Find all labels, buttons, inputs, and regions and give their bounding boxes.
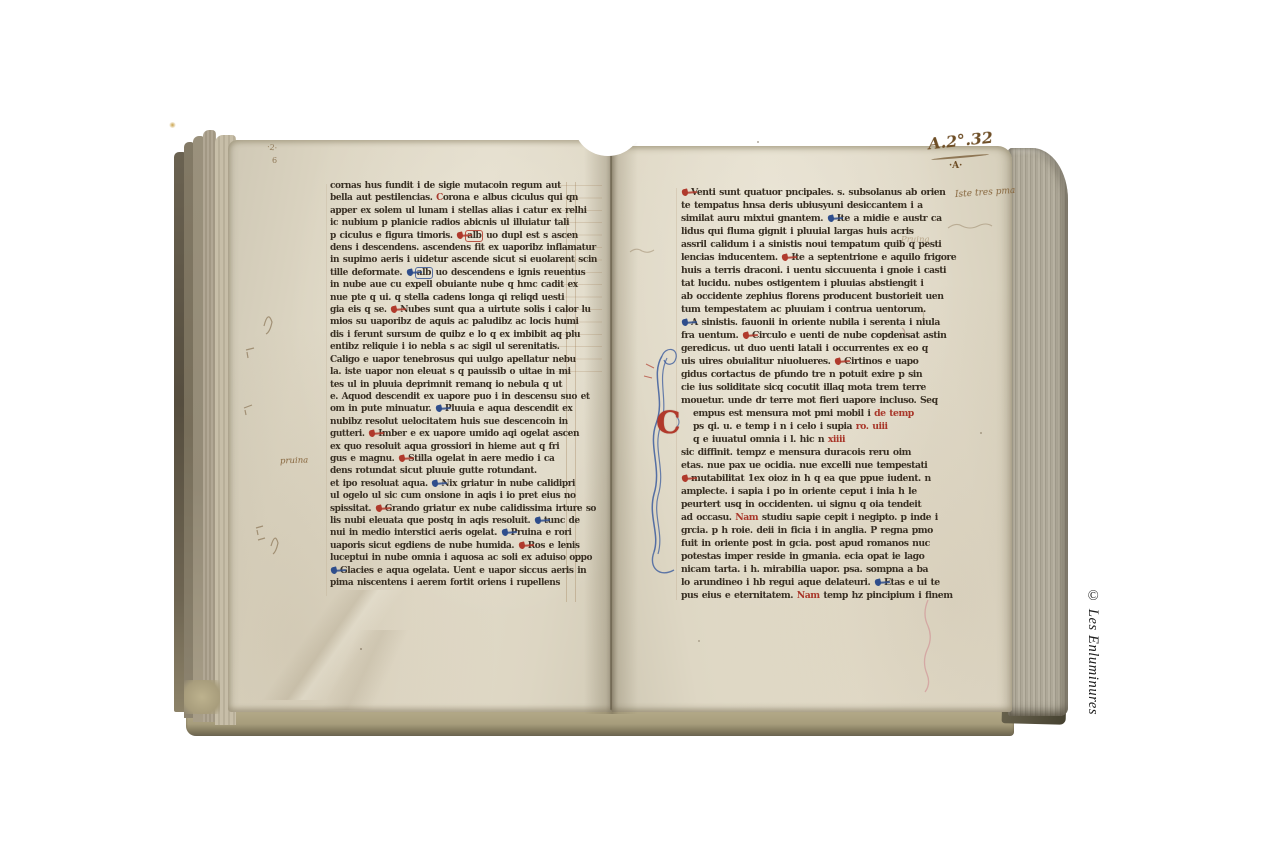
text-segment: geredicus. ut duo uenti latali i occurre… xyxy=(681,343,928,354)
manuscript-text-line: cie ius soliditate sicq cocutit illaq mo… xyxy=(681,381,943,394)
red-paraph-mark xyxy=(456,231,464,239)
manuscript-text-line: mouetur. unde dr terre mot fieri uapore … xyxy=(681,394,943,407)
text-segment: Etas e ui te xyxy=(884,577,940,588)
text-segment: in nube aue cu expell obuiante nube q hm… xyxy=(330,280,578,290)
folio-mark: 6 xyxy=(272,156,277,165)
blue-paraph-mark xyxy=(406,268,414,276)
text-segment: ex quo resoluit aqua grossiori in hieme … xyxy=(330,442,559,452)
manuscript-text-line: p ciculus e figura timoris. alb uo dupl … xyxy=(330,230,572,242)
text-segment: pima niscentens i aerem fortit oriens i … xyxy=(330,578,560,588)
text-segment: de temp xyxy=(874,408,914,419)
manuscript-text-line: et ipo resoluat aqua. Nix griatur in nub… xyxy=(330,478,572,490)
text-segment: Nix griatur in nube calidipri xyxy=(441,479,575,489)
red-paraph-mark xyxy=(369,430,377,438)
gutter-top-notch xyxy=(574,92,642,156)
blue-paraph-mark xyxy=(501,529,509,537)
text-segment: Venti sunt quatuor pncipales. s. subsola… xyxy=(691,187,945,198)
text-segment: temp hz pincipium i finem xyxy=(820,590,953,601)
text-segment: huis a terris draconi. i uentu siccuuent… xyxy=(681,265,946,276)
text-segment: mios su uaporibz de aquis ac paludibz ac… xyxy=(330,317,579,327)
manuscript-text-line: gia eis q se. Nubes sunt qua a uirtute s… xyxy=(330,304,572,316)
text-segment: Cirtinos e uapo xyxy=(844,356,918,367)
text-segment: lo arundineo i hb regui aque delateuri. xyxy=(681,577,874,588)
manuscript-text-line: e. Aquod descendit ex uapore puo i in de… xyxy=(330,391,572,403)
manuscript-text-line: mios su uaporibz de aquis ac paludibz ac… xyxy=(330,316,572,328)
gutter-crease xyxy=(610,150,612,710)
text-segment: nicam tarta. i h. mirabilia uapor. psa. … xyxy=(681,564,928,575)
text-segment: Caligo e uapor tenebrosus qui uulgo apel… xyxy=(330,355,576,365)
text-segment: potestas imper reside in gmania. ecia op… xyxy=(681,551,924,562)
text-segment: Imber e ex uapore umido aqi ogelat ascen xyxy=(378,429,579,439)
text-segment: gutteri. xyxy=(330,429,368,439)
text-segment: Pruina e rori xyxy=(511,528,572,538)
text-segment: la. iste uapor non eleuat s q pauissib o… xyxy=(330,367,571,377)
text-segment: uaporis sicut egdiens de nube humida. xyxy=(330,541,518,551)
manuscript-text-line: dens rotundat sicut pluuie gutte rotunda… xyxy=(330,465,572,477)
text-segment: Circulo e uenti de nube copdensat astin xyxy=(752,330,946,341)
text-segment: sic diffinit. tempz e mensura duracois r… xyxy=(681,447,911,458)
manuscript-text-line: tille deformate. alb uo descendens e ign… xyxy=(330,267,572,279)
manuscript-text-line: amplecte. i sapia i po in oriente ceput … xyxy=(681,485,943,498)
manuscript-text-line: nui in medio interstici aeris ogelat. Pr… xyxy=(330,527,572,539)
copyright-credit: © Les Enluminures xyxy=(1084,588,1101,715)
manuscript-text-line: geredicus. ut duo uenti latali i occurre… xyxy=(681,342,943,355)
text-segment: dens rotundat sicut pluuie gutte rotunda… xyxy=(330,466,537,476)
left-page-edges-stack xyxy=(174,126,236,722)
manuscript-text-line: Caligo e uapor tenebrosus qui uulgo apel… xyxy=(330,354,572,366)
text-segment: q e iuuatul omnia i l. hic n xyxy=(693,434,828,445)
manuscript-text-line: tat lucidu. nubes ostigentem i pluuias a… xyxy=(681,277,943,290)
text-segment: fuit in oriente post in gcia. post apud … xyxy=(681,538,930,549)
red-paraph-mark xyxy=(681,474,689,482)
text-segment: studiu sapie cepit i negipto. p inde i xyxy=(758,512,938,523)
text-segment: tum tempestatem ac pluuiam i contrua uen… xyxy=(681,304,926,315)
text-segment: apper ex solem ul lunam i stellas alias … xyxy=(330,206,587,216)
text-segment: p ciculus e figura timoris. xyxy=(330,231,456,241)
manuscript-text-line: lencias inducentem. Ite a septentrione e… xyxy=(681,251,943,264)
manuscript-text-line: nue pte q ui. q stella cadens longa qi r… xyxy=(330,292,572,304)
text-segment: bella aut pestilencias. xyxy=(330,193,436,203)
manuscript-text-line: lo arundineo i hb regui aque delateuri. … xyxy=(681,576,943,589)
manuscript-text-line: luceptui in nube omnia i aquosa ac soli … xyxy=(330,552,572,564)
text-segment: empus est mensura mot pmi mobil i xyxy=(693,408,874,419)
manuscript-text-line: om in pute minuatur. Pluuia e aqua desce… xyxy=(330,403,572,415)
manuscript-text-line: etas. nue pax ue ocidia. nue excelli nue… xyxy=(681,459,943,472)
text-segment: Ros e lenis xyxy=(528,541,580,551)
text-segment: nui in medio interstici aeris ogelat. xyxy=(330,528,501,538)
left-margin-note: pruina xyxy=(280,456,309,467)
text-segment: ul ogelo ul sic cum onsione in aqis i io… xyxy=(330,491,576,501)
manuscript-text-line: peurtert usq in occidenten. ui signu q o… xyxy=(681,498,943,511)
ink-speck xyxy=(698,640,700,642)
text-segment: uis uires obuialitur niuolueres. xyxy=(681,356,834,367)
blue-paraph-mark xyxy=(435,405,443,413)
manuscript-text-line: q e iuuatul omnia i l. hic n xiiii xyxy=(681,433,943,446)
manuscript-text-line: gidus cortactus de pfundo tre n potuit e… xyxy=(681,368,943,381)
manuscript-text-line: ps qi. u. e temp i n i celo i supia ro. … xyxy=(681,420,943,433)
ruling-line-vertical xyxy=(676,188,677,600)
text-segment: e. Aquod descendit ex uapore puo i in de… xyxy=(330,392,590,402)
text-segment: cie ius soliditate sicq cocutit illaq mo… xyxy=(681,382,926,393)
ink-speck xyxy=(360,648,362,650)
text-segment: spissitat. xyxy=(330,504,375,514)
blue-paraph-mark xyxy=(432,479,440,487)
manuscript-text-line: nicam tarta. i h. mirabilia uapor. psa. … xyxy=(681,563,943,576)
text-segment: lis nubi eleuata que postq in aqis resol… xyxy=(330,516,534,526)
manuscript-text-line: tes ul in pluuia deprimnit remanq io neb… xyxy=(330,379,572,391)
text-segment: amplecte. i sapia i po in oriente ceput … xyxy=(681,486,917,497)
red-paraph-mark xyxy=(398,454,406,462)
text-segment: tat lucidu. nubes ostigentem i pluuias a… xyxy=(681,278,923,289)
text-segment: entibz reliquie i io nebla s ac sigil ul… xyxy=(330,342,560,352)
text-segment: ic nubium p planicie radios abicnis ul i… xyxy=(330,218,569,228)
manuscript-text-line: mutabilitat 1ex oioz in h q ea que ppue … xyxy=(681,472,943,485)
text-segment: tille deformate. xyxy=(330,268,406,278)
text-segment: nue pte q ui. q stella cadens longa qi r… xyxy=(330,293,564,303)
manuscript-text-line: ex quo resoluit aqua grossiori in hieme … xyxy=(330,441,572,453)
text-segment: mouetur. unde dr terre mot fieri uapore … xyxy=(681,395,938,406)
text-segment: te tempatus hnsa deris ubiusyuni desicca… xyxy=(681,200,923,211)
manuscript-text-line: la. iste uapor non eleuat s q pauissib o… xyxy=(330,366,572,378)
text-segment: mutabilitat 1ex oioz in h q ea que ppue … xyxy=(691,473,931,484)
text-segment: dens i descendens. ascendens fit ex uapo… xyxy=(330,243,596,253)
manuscript-text-line: pima niscentens i aerem fortit oriens i … xyxy=(330,577,572,589)
text-segment: xiiii xyxy=(828,434,845,445)
manuscript-text-line: uis uires obuialitur niuolueres. Cirtino… xyxy=(681,355,943,368)
text-segment: Pluuia e aqua descendit ex xyxy=(445,404,572,414)
red-paraph-mark xyxy=(742,331,750,339)
text-segment: peurtert usq in occidenten. ui signu q o… xyxy=(681,499,921,510)
text-segment: et ipo resoluat aqua. xyxy=(330,479,431,489)
manuscript-text-line: dis i ferunt sursum de quibz e lo q ex i… xyxy=(330,329,572,341)
text-segment: Nam xyxy=(797,590,820,601)
manuscript-text-line: gutteri. Imber e ex uapore umido aqi oge… xyxy=(330,428,572,440)
text-segment: Ite a septentrione e aquilo frigore xyxy=(791,252,956,263)
manuscript-text-line: fuit in oriente post in gcia. post apud … xyxy=(681,537,943,550)
blue-paraph-mark xyxy=(681,318,689,326)
red-paraph-mark xyxy=(681,188,689,196)
text-segment: lencias inducentem. xyxy=(681,252,781,263)
shelfmark-letter: ·A· xyxy=(949,161,962,171)
right-text-column: Venti sunt quatuor pncipales. s. subsola… xyxy=(681,186,943,602)
manuscript-text-line: huis a terris draconi. i uentu siccuuent… xyxy=(681,264,943,277)
text-segment: uo dupl est s ascen xyxy=(482,231,577,241)
photograph-of-manuscript: cornas hus fundit i de sigie mutacoin re… xyxy=(0,0,1280,860)
text-segment: tes ul in pluuia deprimnit remanq io neb… xyxy=(330,380,562,390)
manuscript-text-line: bella aut pestilencias. Corona e albus c… xyxy=(330,192,572,204)
blue-paraph-mark xyxy=(534,516,542,524)
manuscript-text-line: apper ex solem ul lunam i stellas alias … xyxy=(330,205,572,217)
manuscript-text-line: uaporis sicut egdiens de nube humida. Ro… xyxy=(330,540,572,552)
manuscript-text-line: entibz reliquie i io nebla s ac sigil ul… xyxy=(330,341,572,353)
text-segment: dis i ferunt sursum de quibz e lo q ex i… xyxy=(330,330,580,340)
text-segment: pus eius e eternitatem. xyxy=(681,590,797,601)
manuscript-text-line: similat auru mixtui gnantem. Ite a midie… xyxy=(681,212,943,225)
text-segment: Glacies e aqua ogelata. Uent e uapor sic… xyxy=(340,566,586,576)
manuscript-text-line: grcia. p h roie. deii in ficia i in angl… xyxy=(681,524,943,537)
manuscript-text-line: Glacies e aqua ogelata. Uent e uapor sic… xyxy=(330,565,572,577)
blue-paraph-mark xyxy=(827,214,835,222)
text-segment: ad occasu. xyxy=(681,512,735,523)
manuscript-text-line: A sinistis. fauonii in oriente nubila i … xyxy=(681,316,943,329)
text-segment: gidus cortactus de pfundo tre n potuit e… xyxy=(681,369,922,380)
manuscript-text-line: potestas imper reside in gmania. ecia op… xyxy=(681,550,943,563)
text-segment: uo descendens e ignis reuentus xyxy=(432,268,585,278)
manuscript-text-line: lis nubi eleuata que postq in aqis resol… xyxy=(330,515,572,527)
blue-paraph-mark xyxy=(330,566,338,574)
red-paraph-mark xyxy=(518,541,526,549)
manuscript-text-line: gus e magnu. Stilla ogelat in aere medio… xyxy=(330,453,572,465)
right-fore-edge xyxy=(1008,148,1068,716)
manuscript-text-line: ic nubium p planicie radios abicnis ul i… xyxy=(330,217,572,229)
manuscript-text-line: tum tempestatem ac pluuiam i contrua uen… xyxy=(681,303,943,316)
text-segment: tunc de xyxy=(544,516,580,526)
text-segment: gia eis q se. xyxy=(330,305,390,315)
ink-speck xyxy=(424,297,427,300)
text-segment: Ite a midie e austr ca xyxy=(837,213,942,224)
text-segment: similat auru mixtui gnantem. xyxy=(681,213,827,224)
text-segment: Nubes sunt qua a uirtute solis i calor l… xyxy=(400,305,590,315)
manuscript-text-line: nubibz resolut uelocitatem huis sue desc… xyxy=(330,416,572,428)
text-segment: Grando griatur ex nube calidissima irtur… xyxy=(385,504,596,514)
manuscript-text-line: cornas hus fundit i de sigie mutacoin re… xyxy=(330,180,572,192)
blue-paraph-mark xyxy=(874,578,882,586)
manuscript-text-line: sic diffinit. tempz e mensura duracois r… xyxy=(681,446,943,459)
manuscript-text-line: Venti sunt quatuor pncipales. s. subsola… xyxy=(681,186,943,199)
folio-mark: ·2· xyxy=(266,142,277,152)
text-segment: etas. nue pax ue ocidia. nue excelli nue… xyxy=(681,460,927,471)
left-text-column: cornas hus fundit i de sigie mutacoin re… xyxy=(330,180,572,589)
decorated-initial: C xyxy=(656,408,681,438)
text-segment: luceptui in nube omnia i aquosa ac soli … xyxy=(330,553,592,563)
ruling-line-vertical xyxy=(326,184,327,596)
text-segment: A sinistis. fauonii in oriente nubila i … xyxy=(691,317,940,328)
manuscript-text-line: ab occidente zephius florens producent b… xyxy=(681,290,943,303)
text-segment: grcia. p h roie. deii in ficia i in angl… xyxy=(681,525,933,536)
text-segment: Stilla ogelat in aere medio i ca xyxy=(408,454,554,464)
text-segment: lidus qui fluma gignit i pluuial largas … xyxy=(681,226,914,237)
manuscript-text-line: fra uentum. Circulo e uenti de nube copd… xyxy=(681,329,943,342)
text-segment: ro. uiii xyxy=(856,421,888,432)
manuscript-text-line: spissitat. Grando griatur ex nube calidi… xyxy=(330,503,572,515)
worn-corner-highlight xyxy=(184,680,220,714)
text-segment: nubibz resolut uelocitatem huis sue desc… xyxy=(330,417,568,427)
manuscript-text-line: empus est mensura mot pmi mobil i de tem… xyxy=(681,407,943,420)
text-segment: gus e magnu. xyxy=(330,454,398,464)
stain-spot xyxy=(169,122,176,128)
right-margin-note: Pruina xyxy=(901,235,930,245)
manuscript-text-line: ad occasu. Nam studiu sapie cepit i negi… xyxy=(681,511,943,524)
text-segment: orona e albus ciculus qui qn xyxy=(443,193,578,203)
red-paraph-mark xyxy=(834,357,842,365)
red-paraph-mark xyxy=(375,504,383,512)
manuscript-text-line: dens i descendens. ascendens fit ex uapo… xyxy=(330,242,572,254)
text-segment: cornas hus fundit i de sigie mutacoin re… xyxy=(330,181,561,191)
red-paraph-mark xyxy=(782,253,790,261)
red-paraph-mark xyxy=(390,305,398,313)
manuscript-text-line: te tempatus hnsa deris ubiusyuni desicca… xyxy=(681,199,943,212)
text-segment: in supimo aeris i uidetur ascende sicut … xyxy=(330,255,597,265)
text-segment: ab occidente zephius florens producent b… xyxy=(681,291,943,302)
text-segment: ps qi. u. e temp i n i celo i supia xyxy=(693,421,856,432)
manuscript-text-line: in supimo aeris i uidetur ascende sicut … xyxy=(330,254,572,266)
manuscript-text-line: in nube aue cu expell obuiante nube q hm… xyxy=(330,279,572,291)
manuscript-text-line: ul ogelo ul sic cum onsione in aqis i io… xyxy=(330,490,572,502)
ink-speck xyxy=(980,432,982,434)
manuscript-text-line: pus eius e eternitatem. Nam temp hz pinc… xyxy=(681,589,943,602)
text-segment: Nam xyxy=(735,512,758,523)
text-segment: C xyxy=(436,193,443,203)
ink-speck xyxy=(757,141,759,143)
text-segment: fra uentum. xyxy=(681,330,742,341)
text-segment: om in pute minuatur. xyxy=(330,404,435,414)
